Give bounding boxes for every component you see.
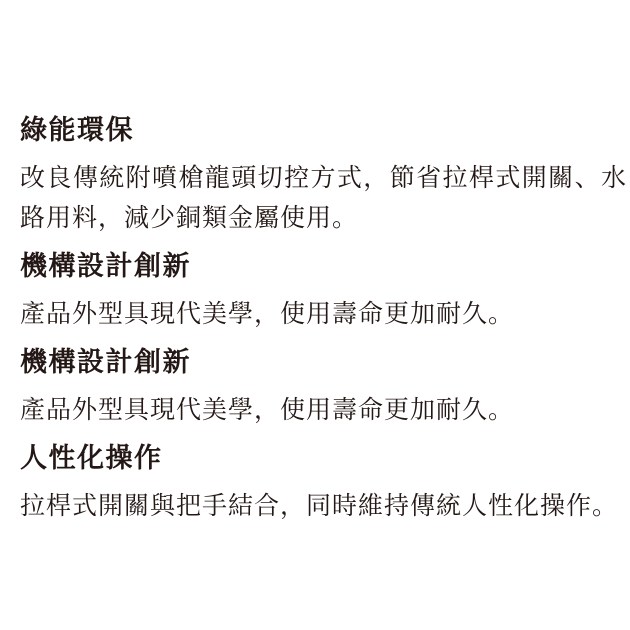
feature-section-mechanism-1: 機構設計創新 產品外型具現代美學，使用壽命更加耐久。 bbox=[20, 251, 627, 334]
section-heading-mechanism-1: 機構設計創新 bbox=[20, 251, 627, 281]
section-body-green: 改良傳統附噴槍龍頭切控方式，節省拉桿式開關、水路用料，減少銅類金屬使用。 bbox=[20, 158, 627, 238]
section-body-ergonomic: 拉桿式開關與把手結合，同時維持傳統人性化操作。 bbox=[20, 486, 627, 526]
section-heading-mechanism-2: 機構設計創新 bbox=[20, 347, 627, 377]
section-heading-ergonomic: 人性化操作 bbox=[20, 443, 627, 473]
feature-section-ergonomic: 人性化操作 拉桿式開關與把手結合，同時維持傳統人性化操作。 bbox=[20, 443, 627, 526]
section-heading-green: 綠能環保 bbox=[20, 115, 627, 145]
feature-list: 綠能環保 改良傳統附噴槍龍頭切控方式，節省拉桿式開關、水路用料，減少銅類金屬使用… bbox=[0, 0, 630, 526]
feature-section-mechanism-2: 機構設計創新 產品外型具現代美學，使用壽命更加耐久。 bbox=[20, 347, 627, 430]
section-body-mechanism-2: 產品外型具現代美學，使用壽命更加耐久。 bbox=[20, 390, 627, 430]
section-body-mechanism-1: 產品外型具現代美學，使用壽命更加耐久。 bbox=[20, 294, 627, 334]
page: { "page": { "background_color": "#ffffff… bbox=[0, 0, 630, 630]
feature-section-green: 綠能環保 改良傳統附噴槍龍頭切控方式，節省拉桿式開關、水路用料，減少銅類金屬使用… bbox=[20, 115, 627, 238]
